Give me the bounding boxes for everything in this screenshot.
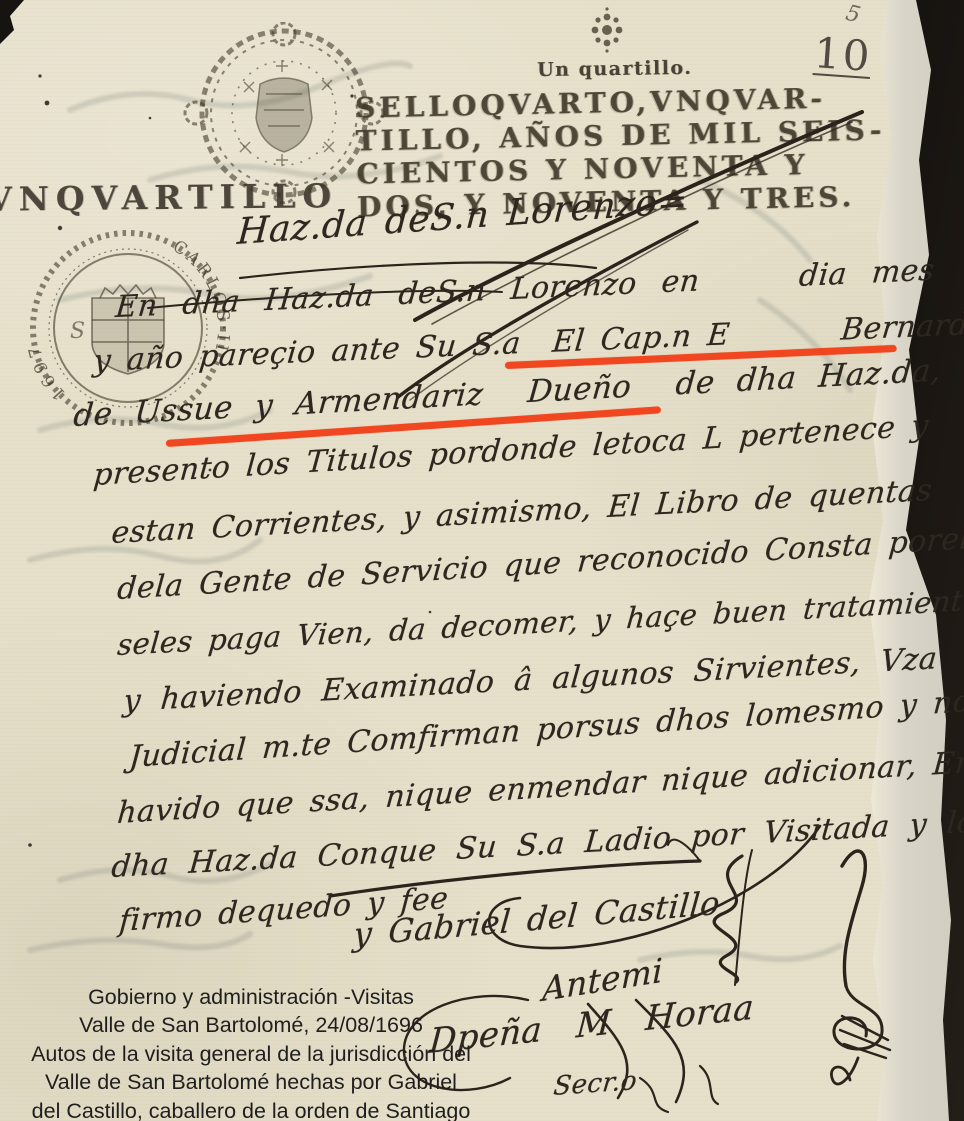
fleuron-icon xyxy=(586,6,628,54)
caption-line: Valle de San Bartolomé, 24/08/1696 xyxy=(25,1011,477,1039)
caption-line: Autos de la visita general de la jurisdi… xyxy=(25,1040,477,1068)
caption-line: Valle de San Bartolomé hechas por Gabrie… xyxy=(25,1068,477,1096)
quartillo-motto: Un quartillo. xyxy=(537,57,693,81)
caption-line: Gobierno y administración -Visitas xyxy=(25,983,477,1011)
archive-caption: Gobierno y administración -Visitas Valle… xyxy=(25,983,477,1121)
svg-text:1697: 1697 xyxy=(26,341,70,404)
svg-text:S: S xyxy=(70,319,85,344)
caption-line: del Castillo, caballero de la orden de S… xyxy=(25,1097,477,1121)
secretary-title: Secr.o xyxy=(552,1066,639,1102)
coin-seal-year: 1697 xyxy=(26,341,70,404)
historic-letter-photo: Un quartillo. SELLOQVARTO,VNQVAR- TILLO,… xyxy=(0,0,964,1121)
folio-number: 10 xyxy=(812,28,873,81)
